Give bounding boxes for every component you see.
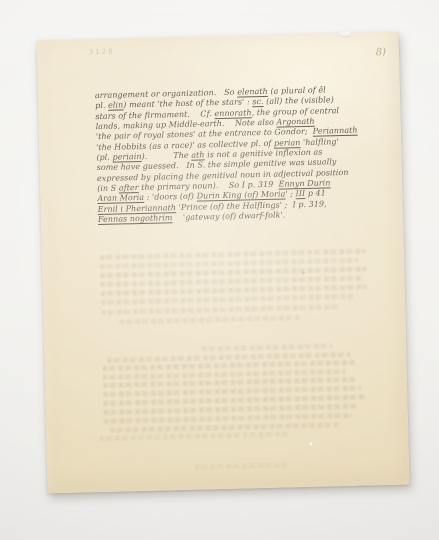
- showthrough-line: [104, 404, 357, 415]
- manuscript-photo: 3128 8) arrangement or organization. So …: [0, 0, 439, 540]
- showthrough-line: [107, 352, 350, 363]
- showthrough-line: [101, 284, 367, 295]
- showthrough-line: [102, 360, 355, 371]
- showthrough-line: [100, 258, 358, 269]
- underlined-word: Fennas nogothrim: [98, 213, 173, 224]
- underlined-word: perian: [274, 138, 301, 148]
- showthrough-line: [101, 294, 354, 305]
- showthrough-line: [119, 315, 299, 324]
- showthrough-line: [103, 369, 346, 380]
- showthrough-line: [104, 413, 352, 424]
- page-number: 8): [376, 47, 387, 58]
- showthrough-line: [110, 422, 340, 433]
- handwriting-text: , the group of central: [252, 106, 340, 117]
- showthrough-line: [99, 431, 289, 441]
- handwriting-text: pl.: [95, 101, 108, 110]
- underlined-word: sc.: [252, 97, 263, 106]
- underlined-word: elin: [108, 101, 123, 110]
- underlined-word: ennorath: [214, 108, 251, 118]
- underlined-word: Durin King (of) Moria: [197, 190, 286, 201]
- underlined-word: Ennyn Durin: [278, 178, 330, 188]
- showthrough-line: [100, 276, 363, 287]
- handwriting-text: 'gateway (of) dwarf-folk'.: [172, 211, 285, 223]
- faint-plus-mark: +: [300, 269, 306, 277]
- paper-edge-notch: [339, 32, 350, 36]
- showthrough-line: [103, 386, 361, 397]
- underlined-word: Argonath: [276, 117, 314, 127]
- paper-speck: [309, 442, 312, 446]
- showthrough-line: [100, 249, 366, 260]
- handwriting-text: (a plural of êl: [268, 85, 326, 95]
- manuscript-page: 3128 8) arrangement or organization. So …: [37, 32, 410, 494]
- handwriting-text: ' ;: [285, 190, 295, 199]
- handwriting-text: (pl.: [96, 153, 112, 162]
- underlined-word: Periannath: [313, 126, 358, 136]
- underlined-word: elenath: [237, 87, 268, 97]
- pencil-inventory-mark: 3128: [89, 48, 115, 57]
- underlined-word: after: [119, 183, 139, 192]
- showthrough-line: [195, 462, 287, 469]
- handwriting-text: 'halfling': [300, 137, 339, 147]
- handwriting-text: p 41: [305, 189, 326, 199]
- handwriting-text: (in S: [97, 184, 119, 194]
- underlined-word: III: [295, 189, 305, 198]
- showthrough-line: [103, 377, 356, 388]
- underlined-word: Ernil i Pheriannath: [98, 203, 177, 214]
- underlined-word: periain: [112, 152, 141, 162]
- showthrough-line: [101, 304, 339, 315]
- handwriting-block: arrangement or organization. So elenath …: [95, 84, 374, 225]
- underlined-word: Aran Moria: [97, 193, 144, 203]
- showthrough-line: [103, 395, 366, 406]
- handwriting-text: (all) the (visible): [263, 96, 333, 107]
- showthrough-line: [100, 267, 366, 278]
- handwriting-text: : 'doors (of): [144, 192, 197, 202]
- underlined-word: ath: [191, 150, 205, 159]
- handwriting-text: ). The: [141, 151, 191, 161]
- showthrough-line: [202, 343, 332, 351]
